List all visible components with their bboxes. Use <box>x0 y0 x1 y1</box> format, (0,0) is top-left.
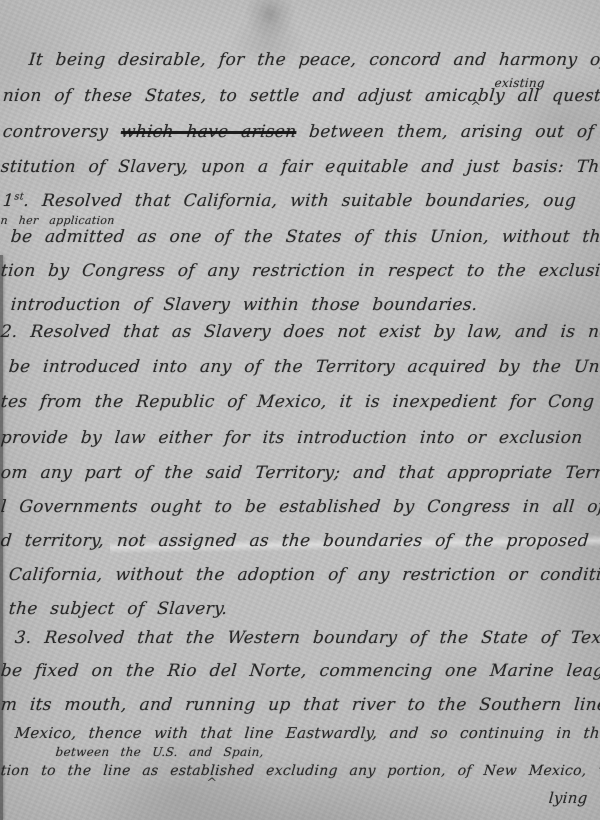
struck-text: which have arisen <box>120 122 297 142</box>
manuscript-text: . Resolved that California, with suitabl… <box>23 191 577 211</box>
manuscript-text: between them, arising out of the <box>296 122 600 142</box>
manuscript-line: tion by Congress of any restriction in r… <box>0 261 600 281</box>
manuscript-line: be admitted as one of the States of this… <box>10 227 600 247</box>
manuscript-line: 3. Resolved that the Western boundary of… <box>14 628 600 648</box>
manuscript-text: introduction of Slavery within those bou… <box>10 295 478 315</box>
manuscript-text: tion to the line as established excludin… <box>0 763 600 779</box>
manuscript-line: be introduced into any of the Territory … <box>8 357 600 377</box>
manuscript-line: the subject of Slavery. <box>8 599 228 619</box>
manuscript-text: provide by law either for its introducti… <box>0 428 583 448</box>
manuscript-line: tion to the line as established excludin… <box>0 763 600 779</box>
manuscript-line: m its mouth, and running up that river t… <box>0 695 600 715</box>
manuscript-text: 3. Resolved that the Western boundary of… <box>14 628 600 648</box>
manuscript-text: d territory, not assigned as the boundar… <box>0 531 600 551</box>
manuscript-line: It being desirable, for the peace, conco… <box>28 50 600 70</box>
manuscript-text: tes from the Republic of Mexico, it is i… <box>0 392 595 412</box>
manuscript-line: introduction of Slavery within those bou… <box>10 295 478 315</box>
manuscript-text: It being desirable, for the peace, conco… <box>28 50 600 70</box>
manuscript-line: om any part of the said Territory; and t… <box>0 463 600 483</box>
manuscript-line: lying <box>548 789 588 807</box>
interline-insertion: n her application <box>0 214 115 227</box>
manuscript-text: tion by Congress of any restriction in r… <box>0 261 600 281</box>
manuscript-text: m its mouth, and running up that river t… <box>0 695 600 715</box>
manuscript-line: 1st. Resolved that California, with suit… <box>2 191 577 211</box>
manuscript-line: stitution of Slavery, upon a fair equita… <box>0 157 600 177</box>
manuscript-text: Mexico, thence with that line Eastwardly… <box>14 724 600 742</box>
manuscript-line: provide by law either for its introducti… <box>0 428 583 448</box>
insertion-caret: ^ <box>205 776 217 791</box>
insertion-caret: ^ <box>469 100 481 115</box>
manuscript-text: stitution of Slavery, upon a fair equita… <box>0 157 600 177</box>
manuscript-text: n her application <box>0 214 115 227</box>
manuscript-text: existing <box>494 76 546 90</box>
manuscript-text: between the U.S. and Spain, <box>55 745 264 759</box>
manuscript-text: the subject of Slavery. <box>8 599 228 619</box>
manuscript-text: California, without the adoption of any … <box>8 565 600 585</box>
manuscript-line: tes from the Republic of Mexico, it is i… <box>0 392 595 412</box>
interline-insertion: between the U.S. and Spain, <box>55 745 264 759</box>
manuscript-text: controversy <box>2 122 122 142</box>
manuscript-line: 2. Resolved that as Slavery does not exi… <box>0 322 600 342</box>
manuscript-line: controversy which have arisen between th… <box>2 122 600 142</box>
manuscript-page: It being desirable, for the peace, conco… <box>0 0 600 820</box>
manuscript-text: be introduced into any of the Territory … <box>8 357 600 377</box>
manuscript-line: be fixed on the Rio del Norte, commencin… <box>0 661 600 681</box>
manuscript-text: be admitted as one of the States of this… <box>10 227 600 247</box>
interline-insertion: existing <box>494 76 546 90</box>
manuscript-text: 2. Resolved that as Slavery does not exi… <box>0 322 600 342</box>
manuscript-line: l Governments ought to be established by… <box>0 497 600 517</box>
manuscript-text: l Governments ought to be established by… <box>0 497 600 517</box>
manuscript-text: om any part of the said Territory; and t… <box>0 463 600 483</box>
manuscript-line: California, without the adoption of any … <box>8 565 600 585</box>
manuscript-line: Mexico, thence with that line Eastwardly… <box>14 724 600 742</box>
manuscript-line: d territory, not assigned as the boundar… <box>0 531 600 551</box>
manuscript-text: lying <box>548 789 588 807</box>
manuscript-text: be fixed on the Rio del Norte, commencin… <box>0 661 600 681</box>
